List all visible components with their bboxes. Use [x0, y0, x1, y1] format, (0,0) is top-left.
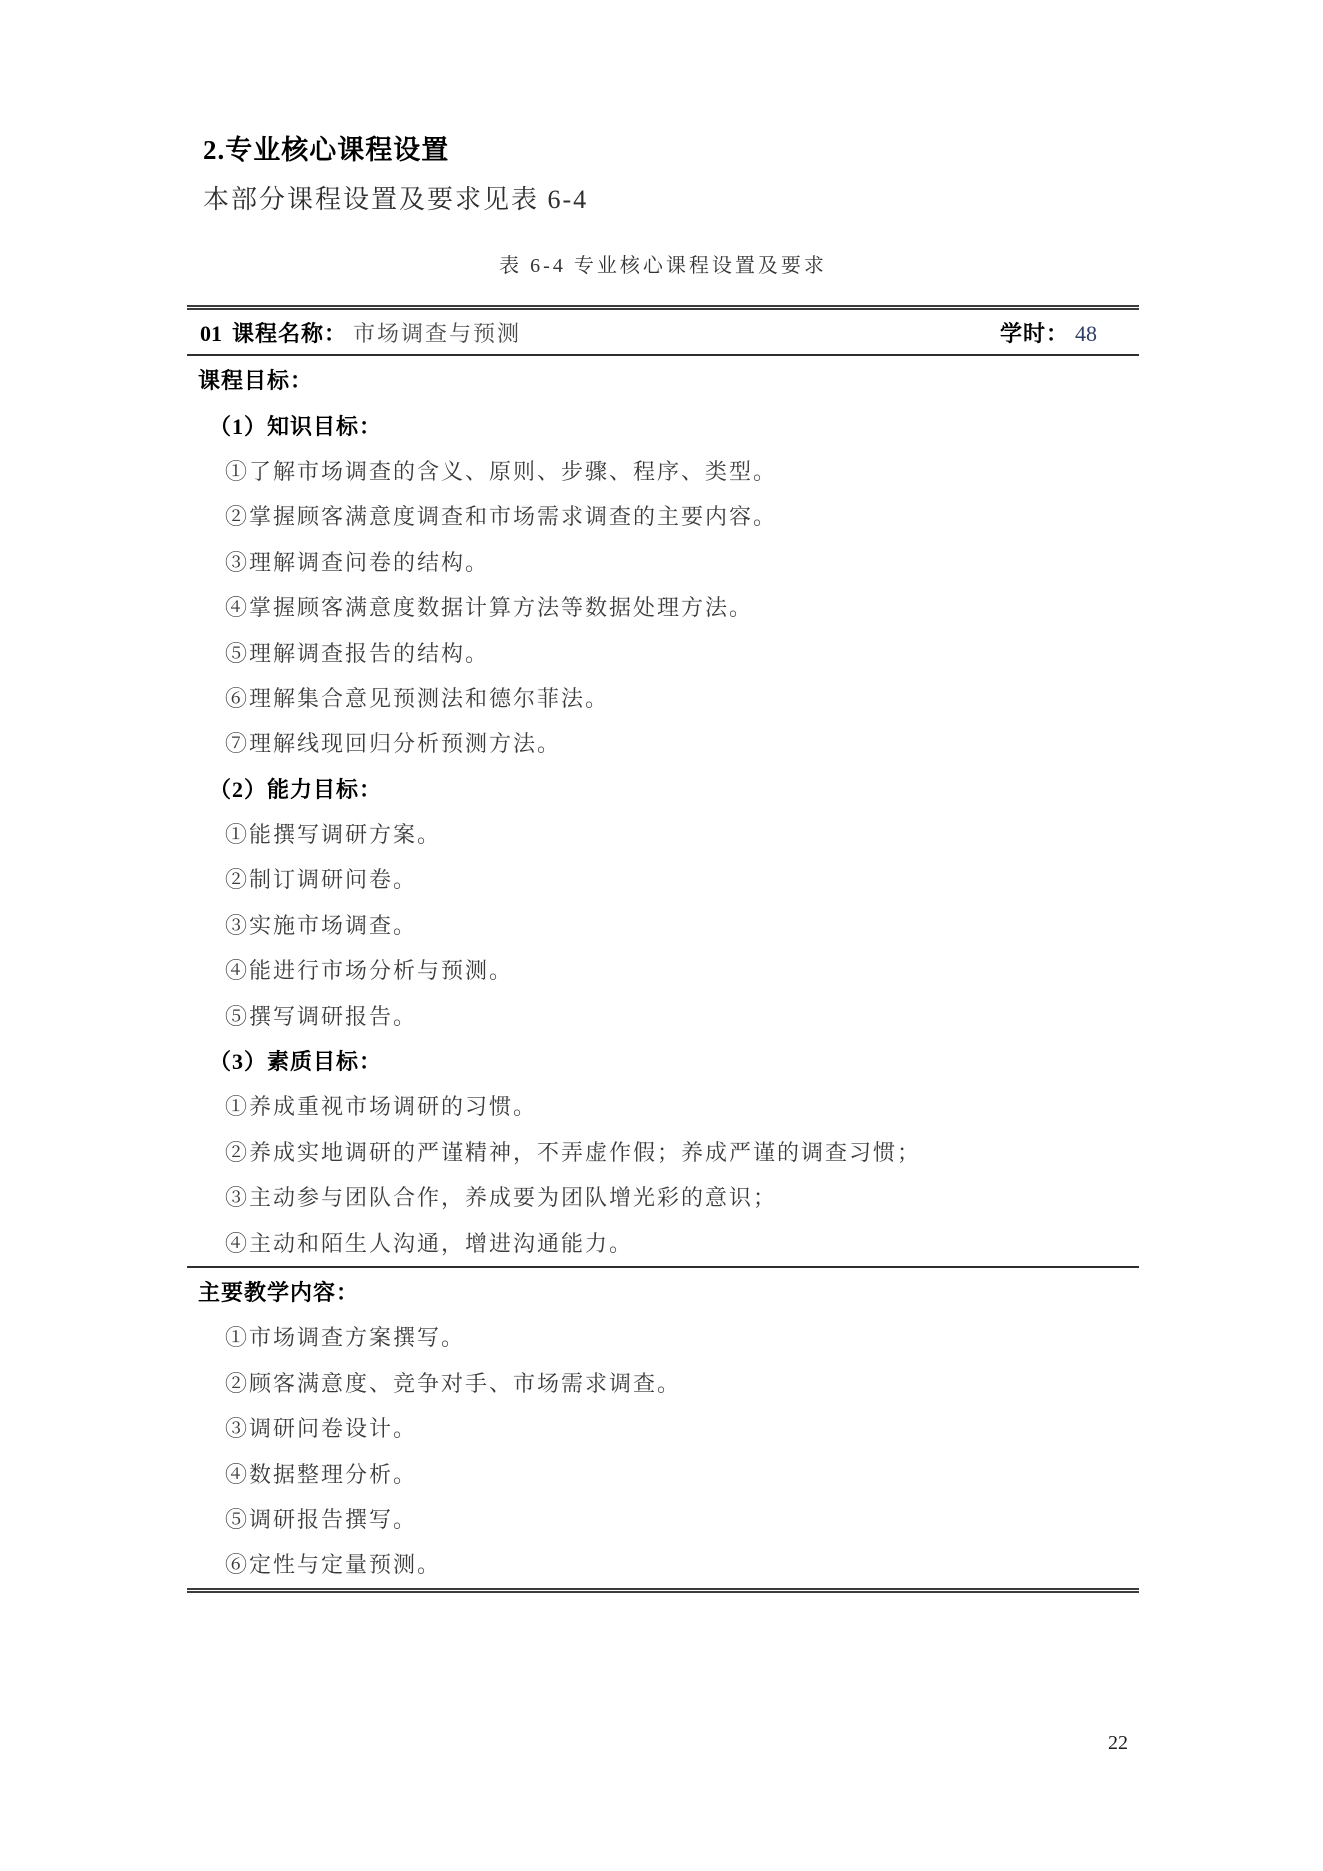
ability-goal-item: ⑤撰写调研报告。 [187, 992, 1139, 1037]
teaching-content-title: 主要教学内容： [187, 1269, 1139, 1314]
ability-goal-item: ①能撰写调研方案。 [187, 811, 1139, 856]
hours-label: 学时： [1000, 317, 1069, 348]
knowledge-goal-item: ④掌握顾客满意度数据计算方法等数据处理方法。 [187, 584, 1139, 629]
course-name-cell: 01 课程名称： 市场调查与预测 [200, 317, 521, 348]
course-table: 01 课程名称： 市场调查与预测 学时： 48 课程目标： （1）知识目标： ①… [187, 305, 1139, 1593]
ability-goal-item: ②制订调研问卷。 [187, 856, 1139, 901]
quality-goal-item: ①养成重视市场调研的习惯。 [187, 1083, 1139, 1128]
teaching-content-item: ⑥定性与定量预测。 [187, 1541, 1139, 1586]
ability-goal-item: ④能进行市场分析与预测。 [187, 947, 1139, 992]
knowledge-goal-item: ②掌握顾客满意度调查和市场需求调查的主要内容。 [187, 493, 1139, 538]
teaching-content-item: ②顾客满意度、竞争对手、市场需求调查。 [187, 1360, 1139, 1405]
quality-goal-item: ②养成实地调研的严谨精神，不弄虚作假；养成严谨的调查习惯； [187, 1129, 1139, 1174]
ability-goal-item: ③实施市场调查。 [187, 902, 1139, 947]
hours-value: 48 [1075, 321, 1097, 347]
knowledge-goal-item: ⑤理解调查报告的结构。 [187, 629, 1139, 674]
knowledge-goal-item: ③理解调查问卷的结构。 [187, 539, 1139, 584]
course-name-value: 市场调查与预测 [353, 317, 521, 348]
page-content: 2.专业核心课程设置 本部分课程设置及要求见表 6-4 表 6-4 专业核心课程… [187, 0, 1139, 1593]
quality-goal-item: ④主动和陌生人沟通，增进沟通能力。 [187, 1219, 1139, 1264]
objectives-section: 课程目标： （1）知识目标： ①了解市场调查的含义、原则、步骤、程序、类型。 ②… [187, 356, 1139, 1268]
knowledge-goal-item: ⑦理解线现回归分析预测方法。 [187, 720, 1139, 765]
section-heading: 2.专业核心课程设置 [203, 133, 1139, 167]
page-number: 22 [1108, 1732, 1128, 1755]
knowledge-goals-title: （1）知识目标： [187, 402, 1139, 447]
table-caption: 表 6-4 专业核心课程设置及要求 [187, 253, 1139, 279]
document-page: 2.专业核心课程设置 本部分课程设置及要求见表 6-4 表 6-4 专业核心课程… [0, 0, 1323, 1871]
ability-goals-title: （2）能力目标： [187, 766, 1139, 811]
objectives-title: 课程目标： [187, 357, 1139, 402]
quality-goal-item: ③主动参与团队合作，养成要为团队增光彩的意识； [187, 1174, 1139, 1219]
teaching-content-item: ④数据整理分析。 [187, 1450, 1139, 1495]
quality-goals-title: （3）素质目标： [187, 1038, 1139, 1083]
knowledge-goal-item: ①了解市场调查的含义、原则、步骤、程序、类型。 [187, 448, 1139, 493]
intro-paragraph: 本部分课程设置及要求见表 6-4 [203, 183, 1139, 217]
knowledge-goal-item: ⑥理解集合意见预测法和德尔菲法。 [187, 675, 1139, 720]
course-header-row: 01 课程名称： 市场调查与预测 学时： 48 [187, 310, 1139, 356]
course-hours-cell: 学时： 48 [1000, 317, 1097, 348]
teaching-content-item: ③调研问卷设计。 [187, 1405, 1139, 1450]
teaching-content-section: 主要教学内容： ①市场调查方案撰写。 ②顾客满意度、竞争对手、市场需求调查。 ③… [187, 1268, 1139, 1588]
teaching-content-item: ⑤调研报告撰写。 [187, 1496, 1139, 1541]
course-index: 01 [200, 321, 222, 347]
course-name-label: 课程名称： [232, 317, 347, 348]
teaching-content-item: ①市场调查方案撰写。 [187, 1314, 1139, 1359]
